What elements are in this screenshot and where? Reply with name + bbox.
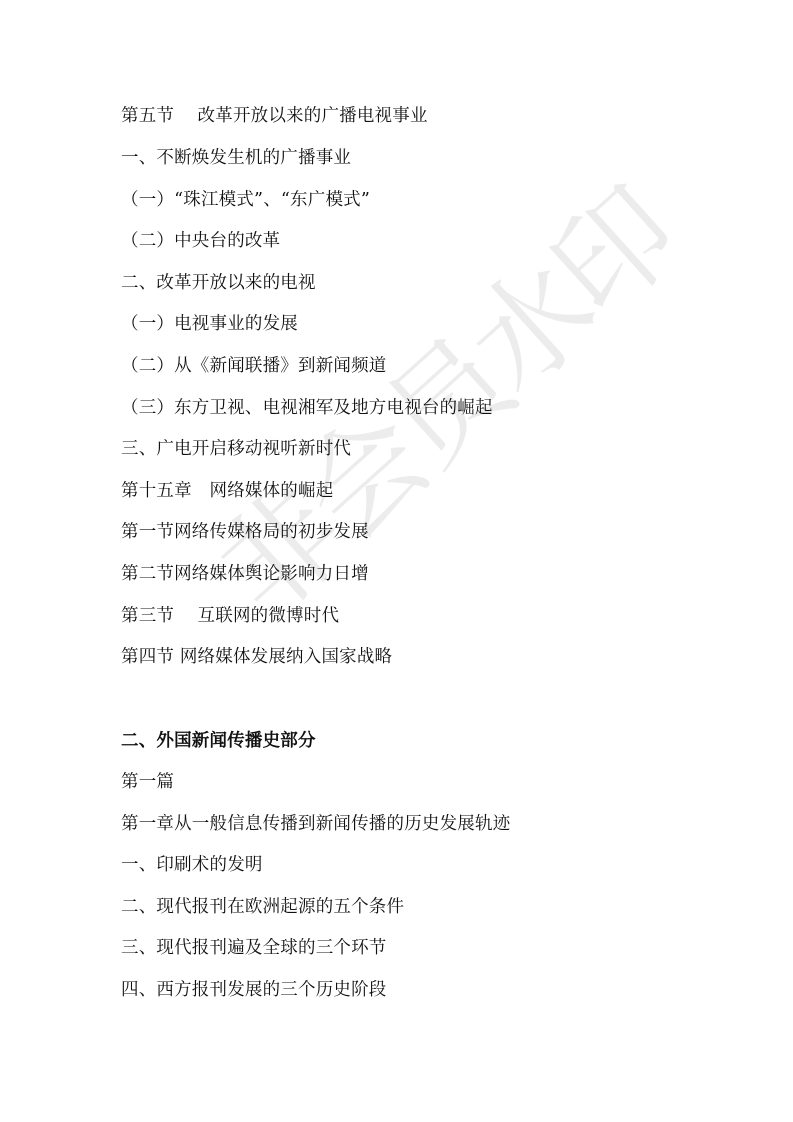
outline-item: 三、广电开启移动视听新时代 <box>121 438 351 460</box>
outline-subitem: （一）“珠江模式”、“东广模式” <box>121 189 370 211</box>
outline-item: 三、现代报刊遍及全球的三个环节 <box>121 937 387 959</box>
outline-subitem: （二）从《新闻联播》到新闻频道 <box>121 355 387 377</box>
part-heading: 二、外国新闻传播史部分 <box>121 730 316 752</box>
outline-item: 一、印刷术的发明 <box>121 854 263 876</box>
section-heading: 第四节 网络媒体发展纳入国家战略 <box>121 646 392 668</box>
section-heading: 第一节网络传媒格局的初步发展 <box>121 521 369 543</box>
volume-heading: 第一篇 <box>121 771 174 793</box>
outline-subitem: （二）中央台的改革 <box>121 230 280 252</box>
document-page: 第五节 改革开放以来的广播电视事业 一、不断焕发生机的广播事业 （一）“珠江模式… <box>0 0 793 1122</box>
outline-subitem: （三）东方卫视、电视湘军及地方电视台的崛起 <box>121 397 493 419</box>
outline-item: 二、现代报刊在欧洲起源的五个条件 <box>121 896 404 918</box>
section-heading-5: 第五节 改革开放以来的广播电视事业 <box>121 105 428 127</box>
section-heading: 第二节网络媒体舆论影响力日增 <box>121 563 369 585</box>
chapter-heading-15: 第十五章 网络媒体的崛起 <box>121 480 333 502</box>
outline-item: 一、不断焕发生机的广播事业 <box>121 147 351 169</box>
section-heading: 第三节 互联网的微博时代 <box>121 605 339 627</box>
chapter-heading-1: 第一章从一般信息传播到新闻传播的历史发展轨迹 <box>121 813 510 835</box>
outline-subitem: （一）电视事业的发展 <box>121 313 298 335</box>
outline-item: 二、改革开放以来的电视 <box>121 272 316 294</box>
outline-item: 四、西方报刊发展的三个历史阶段 <box>121 979 387 1001</box>
